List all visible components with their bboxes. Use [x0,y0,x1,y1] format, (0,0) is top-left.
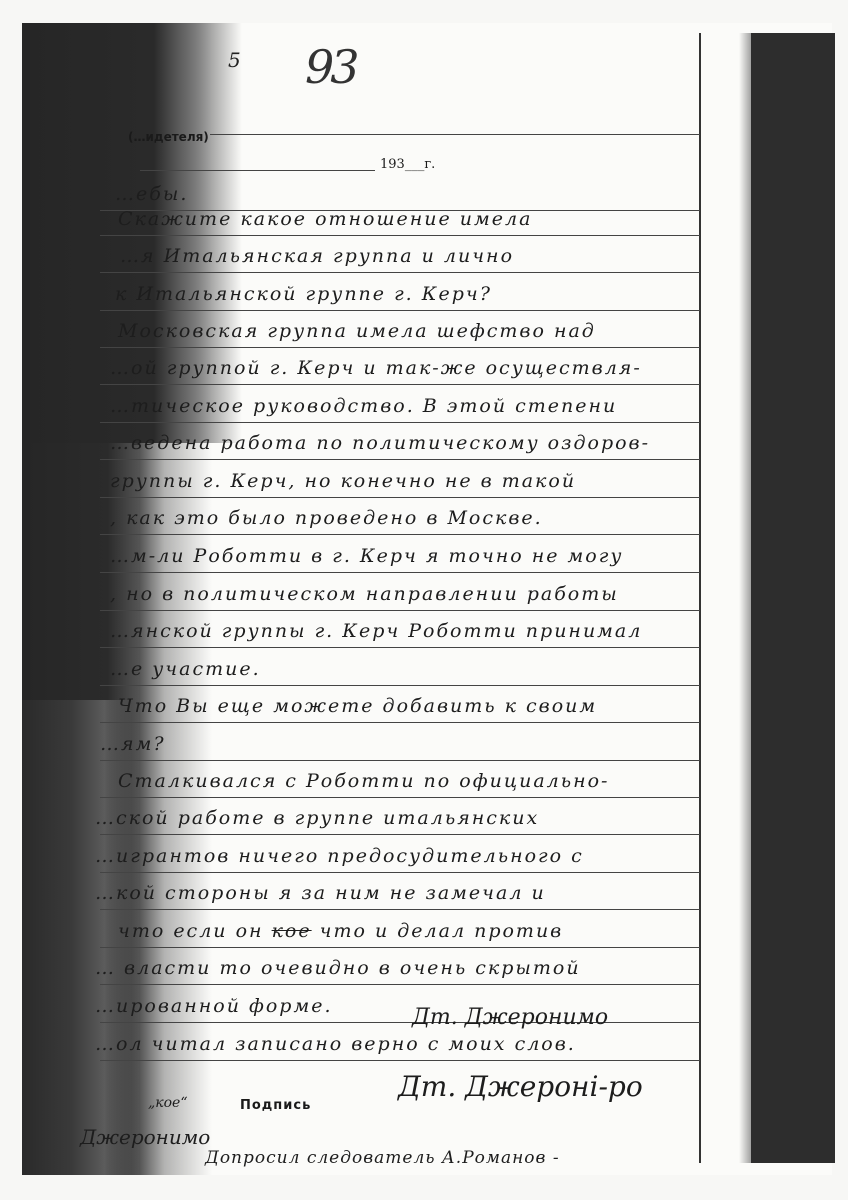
ruled-line [100,384,700,385]
ruled-line [100,459,700,460]
handwritten-line: … власти то очевидно в очень скрытой [95,957,581,979]
ruled-line [100,834,700,835]
binding-strip [699,33,753,1163]
handwritten-line: к Итальянской группе г. Керч? [115,283,492,305]
form-rule [140,170,375,171]
scan-shadow-top [22,23,242,443]
handwritten-line: …ированной форме. [95,995,332,1017]
handwritten-line: что если он кое что и делал против [118,920,563,942]
handwritten-line: , но в политическом направлении работы [110,583,619,605]
page-number: 5 [228,48,241,72]
witness-label: (…идетеля) [128,130,209,144]
handwritten-line: Скажите какое отношение имела [118,208,532,230]
handwritten-line: Что Вы еще можете добавить к своим [118,695,597,717]
ruled-line [100,310,700,311]
handwritten-line: …м-ли Роботти в г. Керч я точно не могу [110,545,623,567]
ruled-line [100,797,700,798]
scan-shadow-bottom [22,700,132,1175]
handwritten-line: …ведена работа по политическому оздоров- [110,432,650,454]
handwritten-line: …ол читал записано верно с моих слов. [95,1033,576,1055]
handwritten-line: …е участие. [110,658,261,680]
handwritten-line: , как это было проведено в Москве. [110,507,543,529]
ruled-line [100,1060,700,1061]
correction-note: „кое“ [148,1095,187,1111]
ruled-line [100,235,700,236]
ruled-line [100,272,700,273]
handwritten-line: …ской работе в группе итальянских [95,807,539,829]
bottom-left-signature: Джеронимо [80,1125,210,1149]
signature-label: Подпись [240,1098,311,1113]
ruled-line [100,984,700,985]
ruled-line [100,572,700,573]
handwritten-line: …кой стороны я за ним не замечал и [95,882,546,904]
ruled-line [100,1022,700,1023]
scan-shadow-right [751,33,835,1163]
year-label: 193___г. [380,157,435,172]
ruled-line [100,872,700,873]
strikethrough-word: кое [272,920,312,942]
folio-number: 93 [305,40,356,94]
handwritten-line: Сталкивался с Роботти по официально- [118,770,609,792]
ruled-line [100,760,700,761]
inline-signature: Дт. Джеронимо [412,1005,608,1030]
handwritten-line: Московская группа имела шефство над [118,320,596,342]
signature-main: Дт. Джероні-ро [398,1070,643,1103]
ruled-line [100,347,700,348]
interrogator-line: Допросил следователь А.Романов - [205,1148,560,1168]
form-rule [210,134,700,135]
ruled-line [100,422,700,423]
handwritten-line: …ям? [100,733,166,755]
ruled-line [100,909,700,910]
ruled-line [100,610,700,611]
handwritten-line: …тическое руководство. В этой степени [110,395,617,417]
ruled-line [100,497,700,498]
ruled-line [100,947,700,948]
handwritten-line: …янской группы г. Керч Роботти принимал [110,620,642,642]
ruled-line [100,647,700,648]
handwritten-line: …ой группой г. Керч и так-же осуществля- [110,357,642,379]
handwritten-line: …игрантов ничего предосудительного с [95,845,584,867]
handwritten-line: …ебы. [115,183,188,205]
handwritten-line: группы г. Керч, но конечно не в такой [110,470,576,492]
ruled-line [100,685,700,686]
handwritten-line: …я Итальянская группа и лично [120,245,514,267]
ruled-line [100,722,700,723]
ruled-line [100,534,700,535]
